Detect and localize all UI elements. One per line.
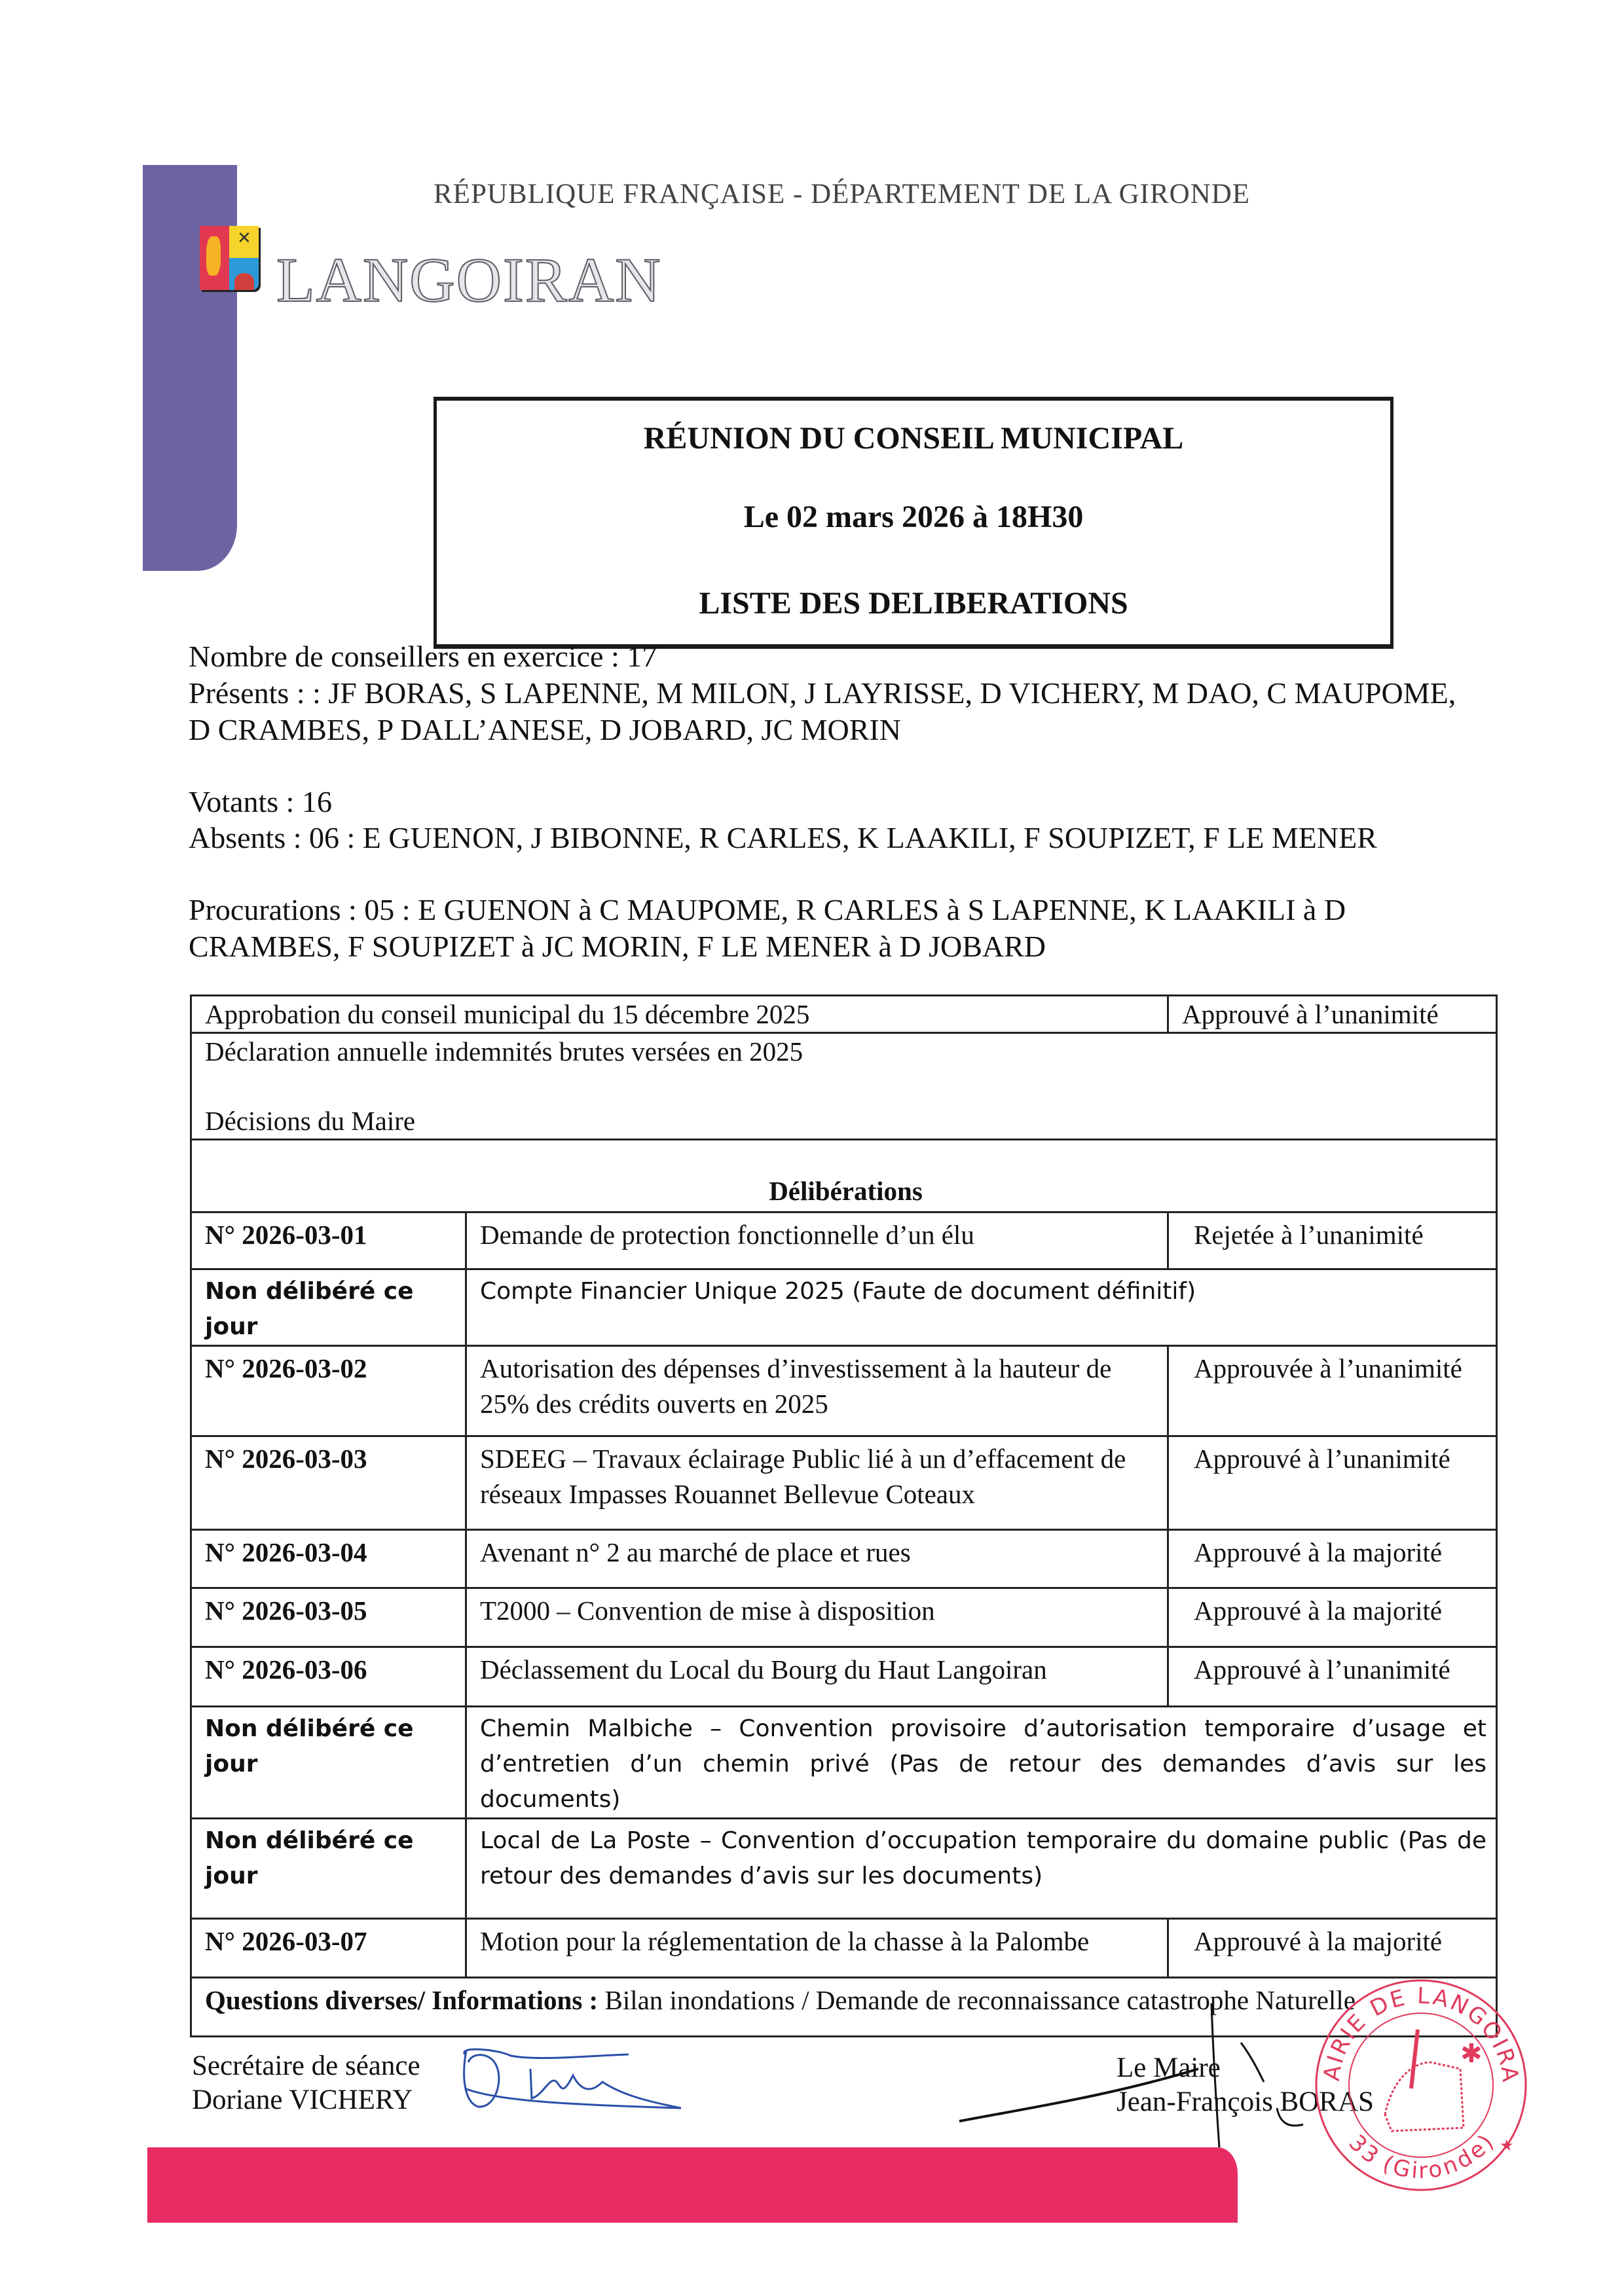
deliberation-result: Approuvé à l’unanimité [1168, 1647, 1497, 1707]
table-row: N° 2026-03-03SDEEG – Travaux éclairage P… [191, 1436, 1497, 1530]
questions-label: Questions diverses/ Informations : [205, 1985, 598, 2015]
table-row-section-header: Délibérations [191, 1140, 1497, 1212]
table-row: Non délibéré ce jourLocal de La Poste – … [191, 1819, 1497, 1919]
mayor-signature-icon [950, 2003, 1316, 2160]
table-row: N° 2026-03-06Déclassement du Local du Bo… [191, 1647, 1497, 1707]
deliberation-subject: Local de La Poste – Convention d’occupat… [466, 1819, 1497, 1919]
absents: Absents : 06 : E GUENON, J BIBONNE, R CA… [189, 820, 1377, 856]
approbation-result: Approuvé à l’unanimité [1168, 996, 1497, 1033]
deliberation-number: N° 2026-03-07 [191, 1919, 466, 1978]
table-row: N° 2026-03-01Demande de protection fonct… [191, 1212, 1497, 1269]
table-row-declaration: Déclaration annuelle indemnités brutes v… [191, 1033, 1497, 1140]
deliberation-number: N° 2026-03-02 [191, 1346, 466, 1436]
votants: Votants : 16 [189, 784, 332, 820]
deliberation-result: Rejetée à l’unanimité [1168, 1212, 1497, 1269]
deliberation-result: Approuvé à l’unanimité [1168, 1436, 1497, 1530]
mairie-stamp-icon: MAIRIE DE LANGOIRAN 33 (Gironde) ✱ ★ [1300, 1964, 1542, 2206]
deliberation-subject: Demande de protection fonctionnelle d’un… [466, 1212, 1168, 1269]
table-row-approbation: Approbation du conseil municipal du 15 d… [191, 996, 1497, 1033]
coat-of-arms-icon [200, 226, 259, 290]
deliberation-result: Approuvé à la majorité [1168, 1530, 1497, 1588]
presents-line-1: Présents : : JF BORAS, S LAPENNE, M MILO… [189, 675, 1456, 711]
declaration-text: Déclaration annuelle indemnités brutes v… [205, 1034, 1486, 1069]
svg-text:✱: ✱ [1460, 2039, 1483, 2069]
deliberation-result: Approuvé à la majorité [1168, 1588, 1497, 1647]
letterhead-republique: RÉPUBLIQUE FRANÇAISE - DÉPARTEMENT DE LA… [434, 178, 1250, 210]
deliberation-subject: T2000 – Convention de mise à disposition [466, 1588, 1168, 1647]
secretary-block: Secrétaire de séance Doriane VICHERY [192, 2049, 420, 2117]
letterhead-commune: LANGOIRAN [276, 244, 662, 316]
status-not-deliberated: Non délibéré ce jour [191, 1707, 466, 1819]
title-meeting: RÉUNION DU CONSEIL MUNICIPAL [437, 420, 1390, 456]
deliberation-subject: Autorisation des dépenses d’investisseme… [466, 1346, 1168, 1436]
deliberation-subject: Compte Financier Unique 2025 (Faute de d… [466, 1269, 1497, 1346]
status-not-deliberated: Non délibéré ce jour [191, 1819, 466, 1919]
table-row: Non délibéré ce jourChemin Malbiche – Co… [191, 1707, 1497, 1819]
deliberation-subject: SDEEG – Travaux éclairage Public lié à u… [466, 1436, 1168, 1530]
table-row: N° 2026-03-02Autorisation des dépenses d… [191, 1346, 1497, 1436]
svg-text:★: ★ [1500, 2136, 1514, 2155]
deliberation-subject: Chemin Malbiche – Convention provisoire … [466, 1707, 1497, 1819]
table-row: N° 2026-03-04Avenant n° 2 au marché de p… [191, 1530, 1497, 1588]
title-list: LISTE DES DELIBERATIONS [437, 585, 1390, 621]
table-row: Non délibéré ce jourCompte Financier Uni… [191, 1269, 1497, 1346]
deliberation-subject: Motion pour la réglementation de la chas… [466, 1919, 1168, 1978]
procurations-line-1: Procurations : 05 : E GUENON à C MAUPOME… [189, 892, 1346, 928]
secretary-role: Secrétaire de séance [192, 2049, 420, 2083]
deliberations-table: Approbation du conseil municipal du 15 d… [190, 994, 1498, 2037]
deliberation-number: N° 2026-03-06 [191, 1647, 466, 1707]
status-not-deliberated: Non délibéré ce jour [191, 1269, 466, 1346]
table-row: N° 2026-03-05T2000 – Convention de mise … [191, 1588, 1497, 1647]
conseillers-count: Nombre de conseillers en exercice : 17 [189, 638, 657, 674]
procurations-line-2: CRAMBES, F SOUPIZET à JC MORIN, F LE MEN… [189, 928, 1046, 964]
deliberation-number: N° 2026-03-04 [191, 1530, 466, 1588]
decisions-text: Décisions du Maire [205, 1103, 1486, 1139]
deliberation-subject: Avenant n° 2 au marché de place et rues [466, 1530, 1168, 1588]
secretary-signature-icon [458, 2043, 720, 2121]
deliberation-number: N° 2026-03-05 [191, 1588, 466, 1647]
deliberation-result: Approuvée à l’unanimité [1168, 1346, 1497, 1436]
deliberation-number: N° 2026-03-03 [191, 1436, 466, 1530]
section-header: Délibérations [191, 1140, 1497, 1212]
deliberation-subject: Déclassement du Local du Bourg du Haut L… [466, 1647, 1168, 1707]
footer-bar [147, 2147, 1238, 2223]
presents-line-2: D CRAMBES, P DALL’ANESE, D JOBARD, JC MO… [189, 712, 901, 748]
deliberation-number: N° 2026-03-01 [191, 1212, 466, 1269]
title-box: RÉUNION DU CONSEIL MUNICIPAL Le 02 mars … [434, 397, 1393, 649]
title-date: Le 02 mars 2026 à 18H30 [437, 499, 1390, 535]
secretary-name: Doriane VICHERY [192, 2083, 420, 2117]
approbation-label: Approbation du conseil municipal du 15 d… [191, 996, 1168, 1033]
